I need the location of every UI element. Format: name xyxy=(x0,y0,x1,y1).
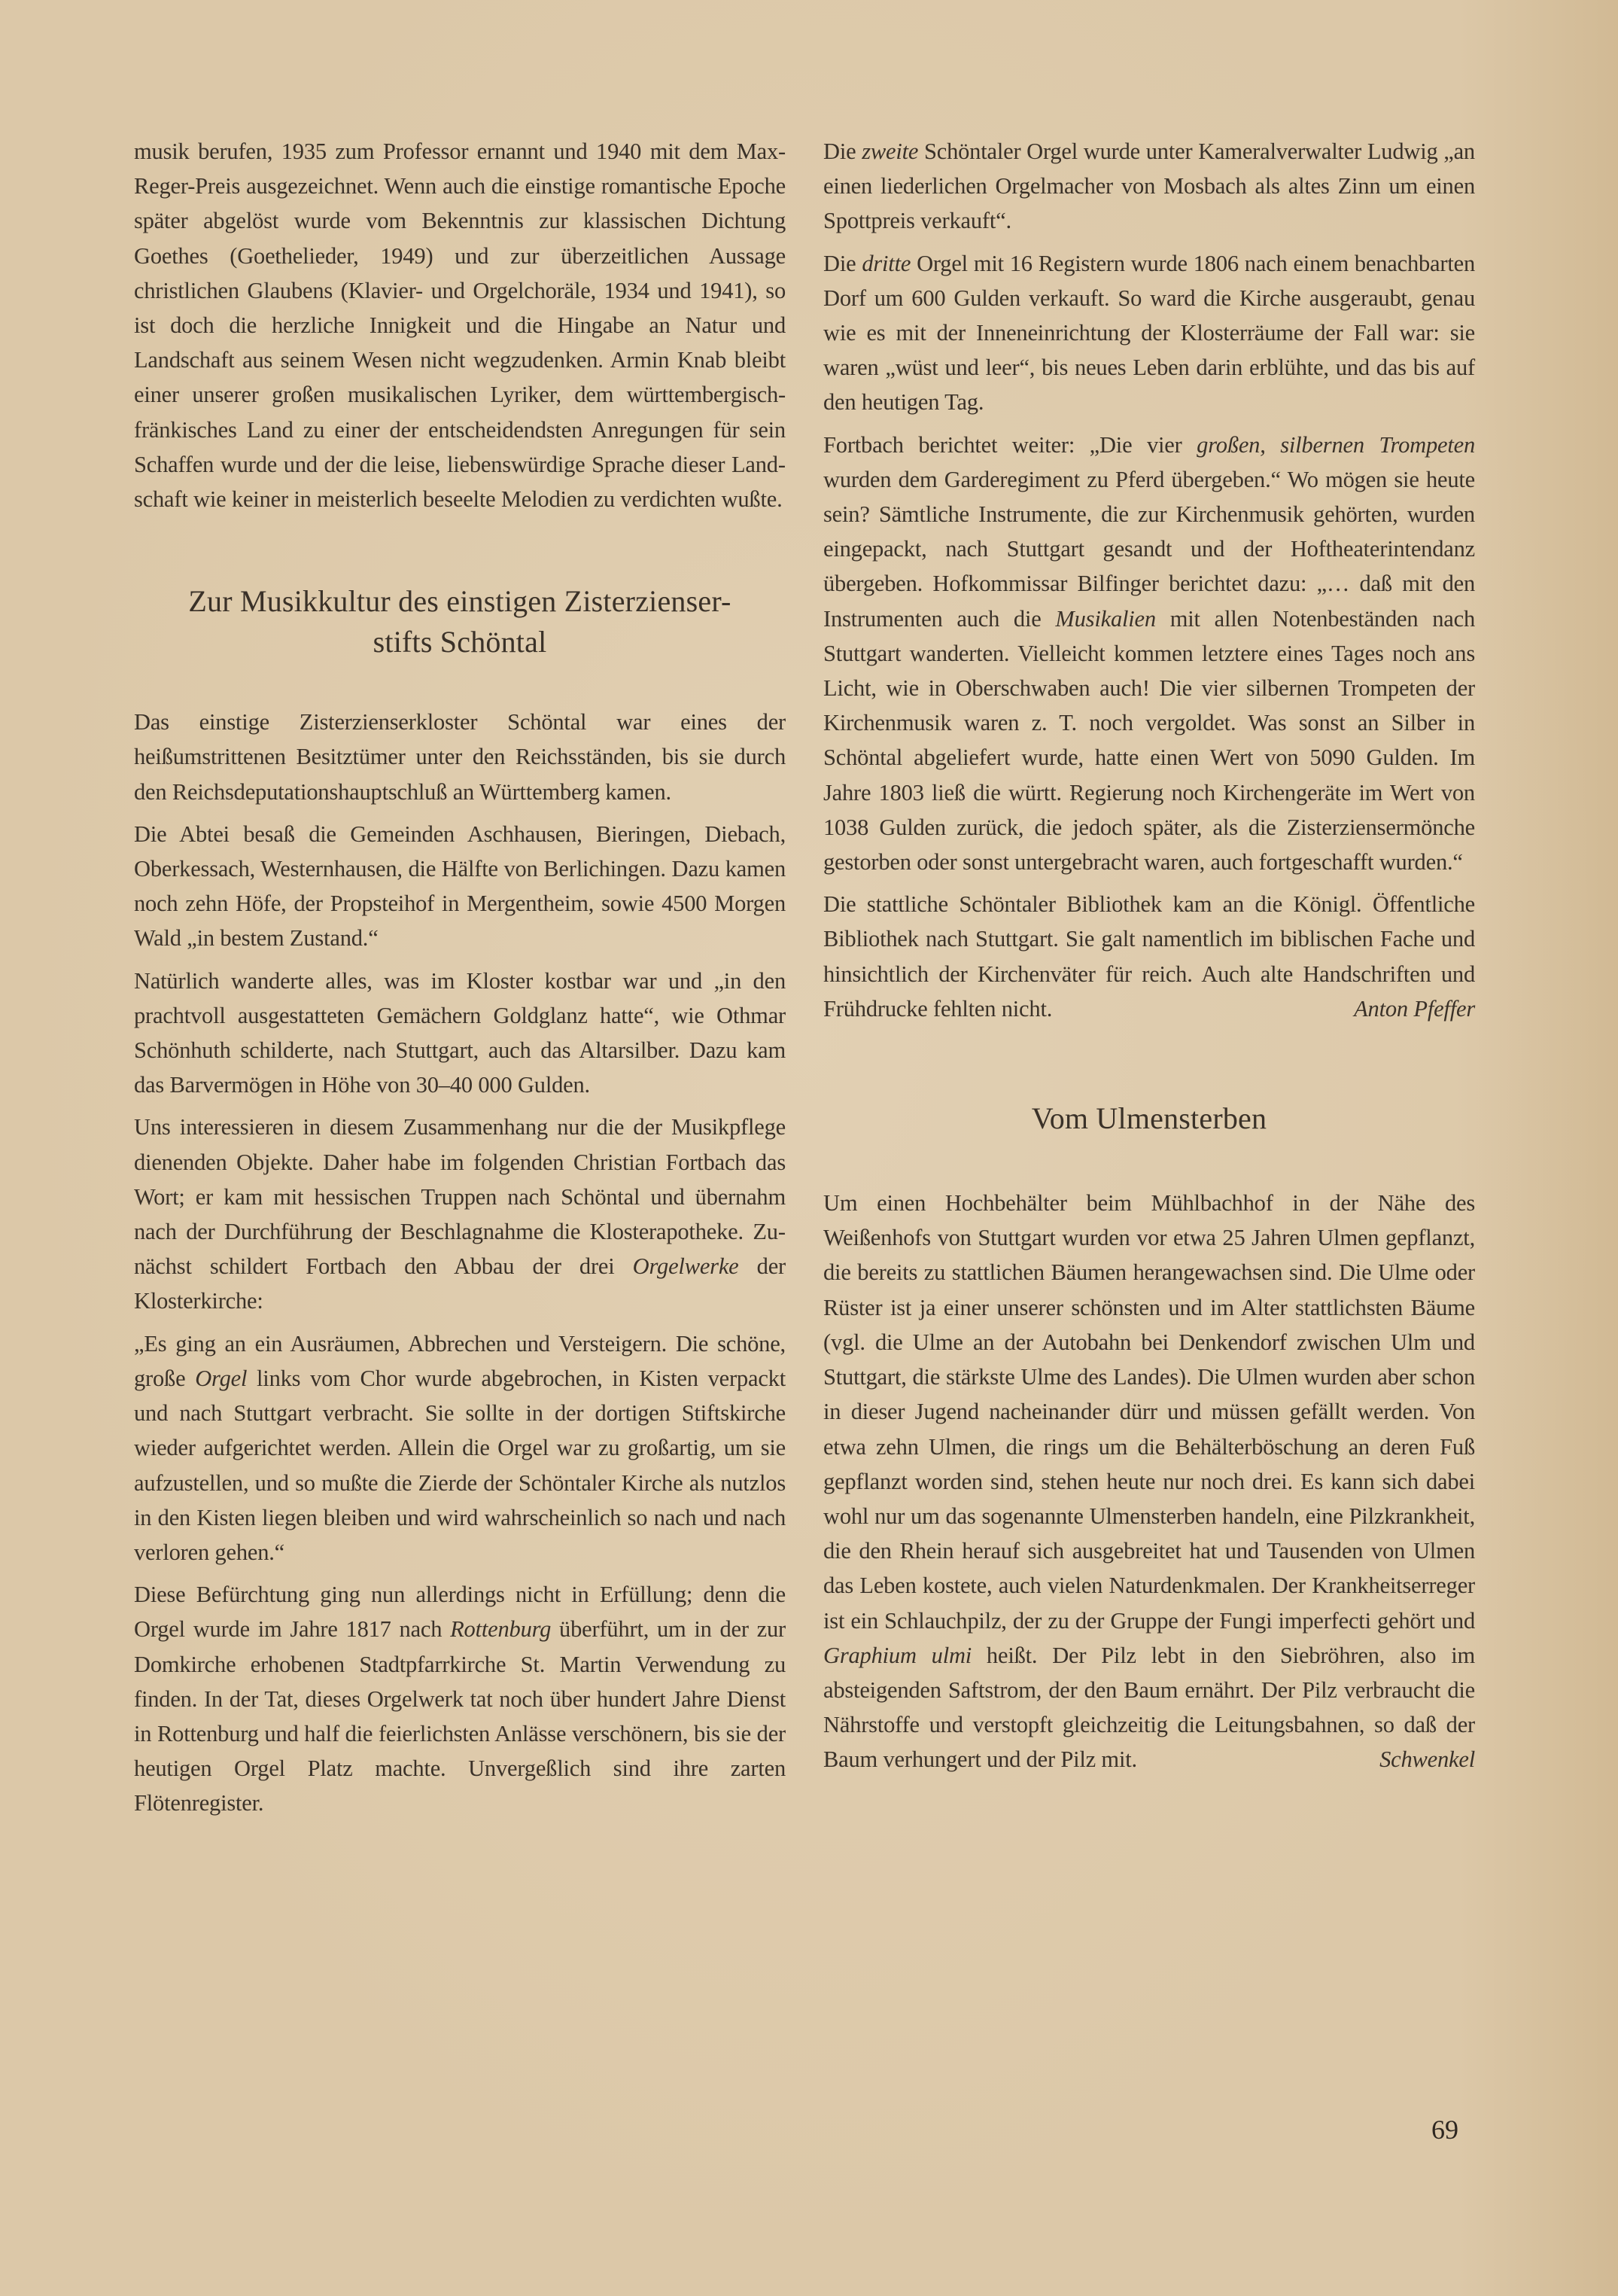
paragraph-with-signature: Um einen Hochbehälter beim Mühlbachhof i… xyxy=(823,1186,1475,1777)
text-run: Fortbach berichtet weiter: „Die vier xyxy=(823,432,1197,458)
text-run: Um einen Hochbehälter beim Mühlbachhof i… xyxy=(823,1190,1475,1633)
text-run: mit allen Notenbeständen nach Stuttgart … xyxy=(823,606,1475,875)
article-title-ulmensterben: Vom Ulmensterben xyxy=(823,1098,1475,1139)
italic-term: zweite xyxy=(862,139,918,164)
text-run: Die xyxy=(823,251,862,276)
title-line-1: Zur Musikkultur des einstigen Zisterzien… xyxy=(188,584,731,618)
author-signature: Anton Pfeffer xyxy=(1354,991,1475,1026)
left-column: musik berufen, 1935 zum Professor ernann… xyxy=(134,134,786,1829)
italic-term: dritte xyxy=(862,251,911,276)
text-run: überführt, um in der zur Domkirche erhob… xyxy=(134,1616,786,1816)
paragraph: Die dritte Orgel mit 16 Registern wurde … xyxy=(823,246,1475,420)
document-page: musik berufen, 1935 zum Professor ernann… xyxy=(0,0,1618,2296)
paragraph-with-signature: Die stattliche Schöntaler Bibliothek kam… xyxy=(823,887,1475,1026)
italic-term: Musi­kalien xyxy=(1055,606,1156,632)
page-number: 69 xyxy=(1431,2114,1458,2145)
italic-term: großen, silbernen Trompeten xyxy=(1197,432,1475,458)
italic-term: Rotten­burg xyxy=(450,1616,551,1642)
italic-term: Orgel­werke xyxy=(633,1253,739,1279)
paragraph: Die zweite Schöntaler Orgel wurde unter … xyxy=(823,134,1475,239)
article-title-musikkultur: Zur Musikkultur des einstigen Zisterzien… xyxy=(134,581,786,662)
text-run: links vom Chor wurde ab­gebrochen, in Ki… xyxy=(134,1366,786,1565)
title-line-2: stifts Schöntal xyxy=(373,625,547,659)
intro-paragraph: musik berufen, 1935 zum Professor ernann… xyxy=(134,134,786,516)
text-run: Die xyxy=(823,139,862,164)
italic-term: Graphium ulmi xyxy=(823,1643,972,1668)
italic-term: Orgel xyxy=(195,1366,247,1391)
right-column: Die zweite Schöntaler Orgel wurde unter … xyxy=(823,134,1475,1785)
paragraph: Das einstige Zisterzienserkloster Schönt… xyxy=(134,705,786,809)
paragraph: Die Abtei besaß die Gemeinden Aschhausen… xyxy=(134,817,786,956)
quote-paragraph: „Es ging an ein Ausräumen, Abbrechen und… xyxy=(134,1326,786,1570)
text-run: Schöntaler Orgel wurde unter Kameralver­… xyxy=(823,139,1475,233)
paragraph: Natürlich wanderte alles, was im Kloster… xyxy=(134,964,786,1103)
paragraph: Fortbach berichtet weiter: „Die vier gro… xyxy=(823,428,1475,880)
paragraph: Diese Befürchtung ging nun allerdings ni… xyxy=(134,1577,786,1820)
paragraph: Uns interessieren in diesem Zusammenhang… xyxy=(134,1110,786,1318)
text-run: Orgel mit 16 Registern wurde 1806 nach e… xyxy=(823,251,1475,416)
author-signature: Schwenkel xyxy=(1379,1742,1475,1777)
